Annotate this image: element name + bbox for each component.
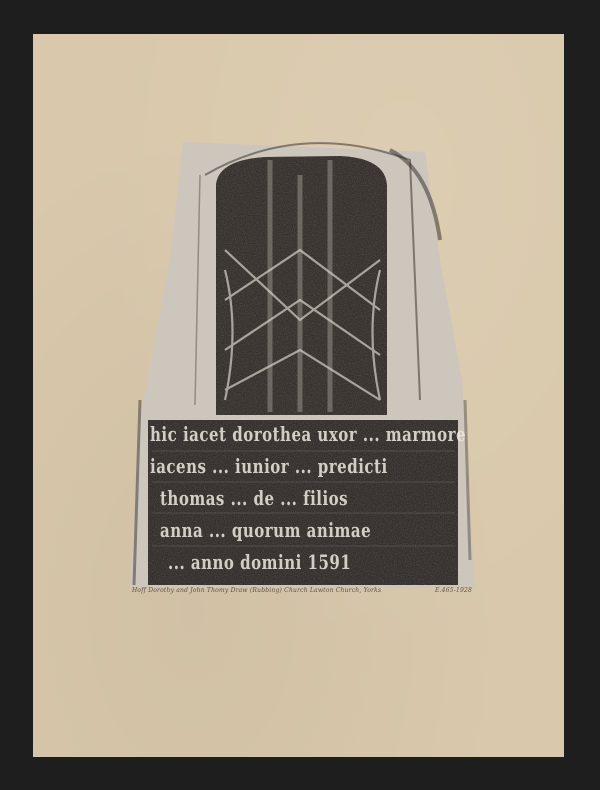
- caption-accession-number: E.465-1928: [435, 587, 472, 594]
- rubbing-sheet: [0, 0, 600, 790]
- inscription-line-2: iacens ... iunior ... predicti: [150, 455, 456, 478]
- inscription-line-4: anna ... quorum animae: [160, 519, 466, 542]
- inscription-line-1: hic iacet dorothea uxor ... marmore: [150, 423, 456, 446]
- caption-title: Hoff Dorothy and John Thomy Draw (Rubbin…: [132, 587, 381, 594]
- inscription-text: hic iacet dorothea uxor ... marmore iace…: [150, 421, 456, 584]
- inscription-line-3: thomas ... de ... filios: [160, 487, 466, 510]
- inscription-line-5: ... anno domini 1591: [168, 551, 474, 574]
